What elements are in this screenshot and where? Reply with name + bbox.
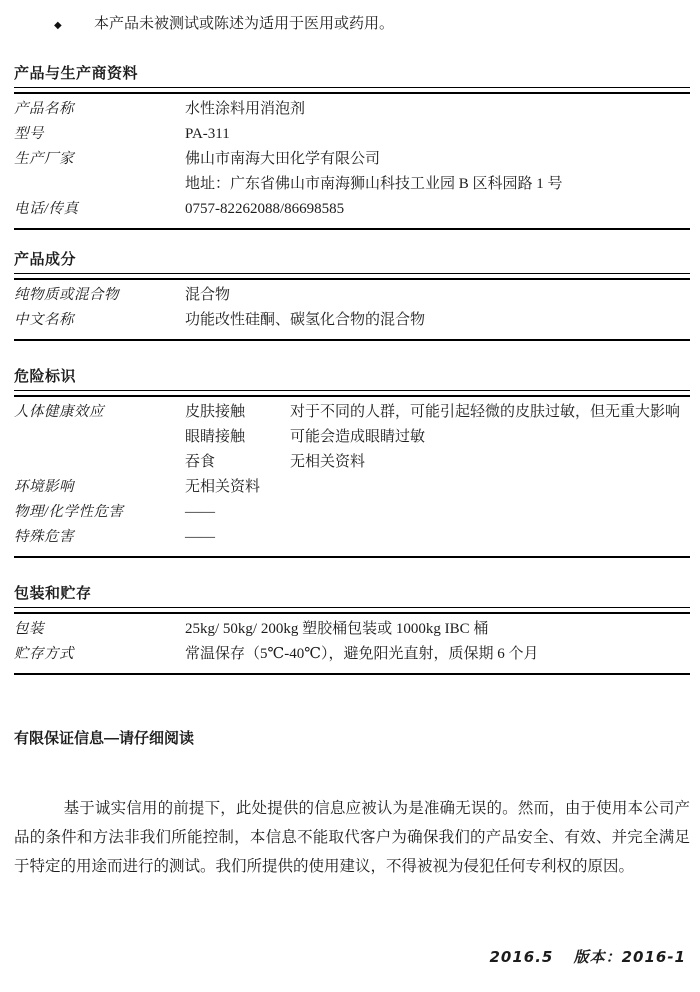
row-value: 地址：广东省佛山市南海狮山科技工业园 B 区科园路 1 号 <box>185 172 690 197</box>
table-row: 环境影响 无相关资料 <box>14 475 690 500</box>
table-row: 物理/化学性危害 —— <box>14 500 690 525</box>
row-label: 包装 <box>14 617 185 642</box>
table-row: 中文名称 功能改性硅酮、碳氢化合物的混合物 <box>14 308 690 333</box>
product-info-table: 产品名称 水性涂料用消泡剂 型号 PA-311 生产厂家 佛山市南海大田化学有限… <box>14 92 690 230</box>
table-row: 纯物质或混合物 混合物 <box>14 283 690 308</box>
table-row: 型号 PA-311 <box>14 122 690 147</box>
table-row: 地址：广东省佛山市南海狮山科技工业园 B 区科园路 1 号 <box>14 172 690 197</box>
footer-version: 版本：2016-1 <box>574 948 686 966</box>
row-value: 佛山市南海大田化学有限公司 <box>185 147 690 172</box>
row-label: 生产厂家 <box>14 147 185 172</box>
packaging-table: 包装 25kg/ 50kg/ 200kg 塑胶桶包装或 1000kg IBC 桶… <box>14 612 690 675</box>
row-label: 特殊危害 <box>14 525 185 550</box>
table-row: 生产厂家 佛山市南海大田化学有限公司 <box>14 147 690 172</box>
table-row: 特殊危害 —— <box>14 525 690 550</box>
row-label <box>14 450 185 475</box>
notice-text: 本产品未被测试或陈述为适用于医用或药用。 <box>94 12 394 36</box>
row-label: 物理/化学性危害 <box>14 500 185 525</box>
row-value: 水性涂料用消泡剂 <box>185 97 690 122</box>
row-label <box>14 172 185 197</box>
footer-version-line: 2016.5 版本：2016-1 <box>489 946 686 967</box>
row-value: 对于不同的人群，可能引起轻微的皮肤过敏，但无重大影响 <box>290 400 690 425</box>
table-row: 眼睛接触 可能会造成眼睛过敏 <box>14 425 690 450</box>
notice-bullet-item: ◆ 本产品未被测试或陈述为适用于医用或药用。 <box>14 12 690 38</box>
row-label: 人体健康效应 <box>14 400 185 425</box>
row-value: 可能会造成眼睛过敏 <box>290 425 690 450</box>
warranty-paragraph: 基于诚实信用的前提下，此处提供的信息应被认为是准确无误的。然而，由于使用本公司产… <box>14 794 690 881</box>
row-value: 常温保存（5℃-40℃），避免阳光直射，质保期 6 个月 <box>185 642 690 667</box>
section-composition: 产品成分 纯物质或混合物 混合物 中文名称 功能改性硅酮、碳氢化合物的混合物 <box>14 250 690 341</box>
row-label: 贮存方式 <box>14 642 185 667</box>
composition-table: 纯物质或混合物 混合物 中文名称 功能改性硅酮、碳氢化合物的混合物 <box>14 278 690 341</box>
table-row: 包装 25kg/ 50kg/ 200kg 塑胶桶包装或 1000kg IBC 桶 <box>14 617 690 642</box>
row-value: PA-311 <box>185 122 690 147</box>
table-row: 电话/传真 0757-82262088/86698585 <box>14 197 690 222</box>
row-label: 环境影响 <box>14 475 185 500</box>
row-value: 25kg/ 50kg/ 200kg 塑胶桶包装或 1000kg IBC 桶 <box>185 617 690 642</box>
exposure-route: 吞食 <box>185 450 290 475</box>
row-label: 产品名称 <box>14 97 185 122</box>
table-row: 人体健康效应 皮肤接触 对于不同的人群，可能引起轻微的皮肤过敏，但无重大影响 <box>14 400 690 425</box>
table-row: 产品名称 水性涂料用消泡剂 <box>14 97 690 122</box>
row-value: —— <box>185 525 690 550</box>
row-value: 无相关资料 <box>290 450 690 475</box>
row-value: 功能改性硅酮、碳氢化合物的混合物 <box>185 308 690 333</box>
warranty-title: 有限保证信息—请仔细阅读 <box>14 727 690 748</box>
section-composition-title: 产品成分 <box>14 250 690 274</box>
row-label: 电话/传真 <box>14 197 185 222</box>
section-product-info: 产品与生产商资料 产品名称 水性涂料用消泡剂 型号 PA-311 生产厂家 佛山… <box>14 64 690 230</box>
section-hazard-title: 危险标识 <box>14 367 690 391</box>
footer-date: 2016.5 <box>489 948 553 966</box>
table-row: 贮存方式 常温保存（5℃-40℃），避免阳光直射，质保期 6 个月 <box>14 642 690 667</box>
row-label <box>14 425 185 450</box>
section-hazard: 危险标识 人体健康效应 皮肤接触 对于不同的人群，可能引起轻微的皮肤过敏，但无重… <box>14 367 690 558</box>
hazard-table: 人体健康效应 皮肤接触 对于不同的人群，可能引起轻微的皮肤过敏，但无重大影响 眼… <box>14 395 690 558</box>
section-packaging: 包装和贮存 包装 25kg/ 50kg/ 200kg 塑胶桶包装或 1000kg… <box>14 584 690 675</box>
row-value: —— <box>185 500 690 525</box>
diamond-bullet-icon: ◆ <box>54 14 94 38</box>
document-page: ◆ 本产品未被测试或陈述为适用于医用或药用。 产品与生产商资料 产品名称 水性涂… <box>0 0 700 992</box>
table-row: 吞食 无相关资料 <box>14 450 690 475</box>
row-label: 纯物质或混合物 <box>14 283 185 308</box>
row-value: 混合物 <box>185 283 690 308</box>
row-label: 型号 <box>14 122 185 147</box>
row-value: 无相关资料 <box>185 475 690 500</box>
section-packaging-title: 包装和贮存 <box>14 584 690 608</box>
row-value: 0757-82262088/86698585 <box>185 197 690 222</box>
exposure-route: 眼睛接触 <box>185 425 290 450</box>
row-label: 中文名称 <box>14 308 185 333</box>
section-product-info-title: 产品与生产商资料 <box>14 64 690 88</box>
exposure-route: 皮肤接触 <box>185 400 290 425</box>
